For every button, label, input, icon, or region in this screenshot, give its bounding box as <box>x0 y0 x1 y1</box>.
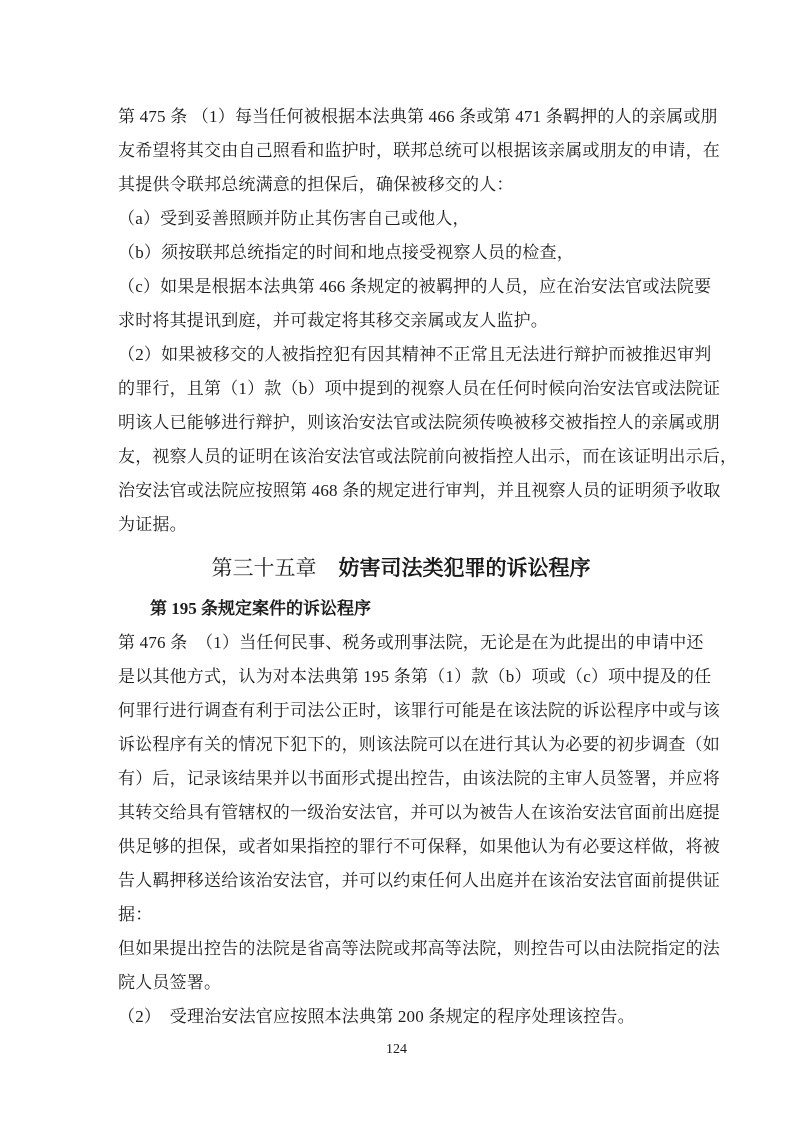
text-line: 友，视察人员的证明在该治安法官或法院前向被指控人出示，而在该证明出示后， <box>118 440 684 474</box>
paragraph: 第 476 条 （1）当任何民事、税务或刑事法院，无论是在为此提出的申请中还是以… <box>118 626 684 932</box>
paragraph: （2） 受理治安法官应按照本法典第 200 条规定的程序处理该控告。 <box>118 1000 684 1034</box>
text-line: 第 475 条 （1）每当任何被根据本法典第 466 条或第 471 条羁押的人… <box>118 100 684 134</box>
paragraph: （c）如果是根据本法典第 466 条规定的被羁押的人员，应在治安法官或法院要求时… <box>118 270 684 338</box>
paragraph: 第 475 条 （1）每当任何被根据本法典第 466 条或第 471 条羁押的人… <box>118 100 684 202</box>
text-line: 治安法官或法院应按照第 468 条的规定进行审判，并且视察人员的证明须予收取 <box>118 474 684 508</box>
text-line: 其转交给具有管辖权的一级治安法官，并可以为被告人在该治安法官面前出庭提 <box>118 796 684 830</box>
document-page: 第 475 条 （1）每当任何被根据本法典第 466 条或第 471 条羁押的人… <box>0 0 793 1122</box>
text-line: 诉讼程序有关的情况下犯下的，则该法院可以在进行其认为必要的初步调查（如 <box>118 728 684 762</box>
chapter-number: 第三十五章 <box>212 556 317 580</box>
text-line: 其提供令联邦总统满意的担保后，确保被移交的人： <box>118 168 684 202</box>
text-line: 何罪行进行调查有利于司法公正时，该罪行可能是在该法院的诉讼程序中或与该 <box>118 694 684 728</box>
paragraph: （a）受到妥善照顾并防止其伤害自己或他人， <box>118 202 684 236</box>
text-line: （b）须按联邦总统指定的时间和地点接受视察人员的检查， <box>118 236 684 270</box>
text-line: （2） 受理治安法官应按照本法典第 200 条规定的程序处理该控告。 <box>118 1000 684 1034</box>
text-line: 是以其他方式，认为对本法典第 195 条第（1）款（b）项或（c）项中提及的任 <box>118 660 684 694</box>
document-content: 第 475 条 （1）每当任何被根据本法典第 466 条或第 471 条羁押的人… <box>118 100 684 1034</box>
text-line: 的罪行，且第（1）款（b）项中提到的视察人员在任何时候向治安法官或法院证 <box>118 372 684 406</box>
text-line: 有）后，记录该结果并以书面形式提出控告，由该法院的主审人员签署，并应将 <box>118 762 684 796</box>
section-heading: 第 195 条规定案件的诉讼程序 <box>118 592 684 626</box>
text-line: 友希望将其交由自己照看和监护时，联邦总统可以根据该亲属或朋友的申请，在 <box>118 134 684 168</box>
chapter-title: 妨害司法类犯罪的诉讼程序 <box>339 556 591 580</box>
text-line: 据： <box>118 898 684 932</box>
text-line: 但如果提出控告的法院是省高等法院或邦高等法院，则控告可以由法院指定的法 <box>118 932 684 966</box>
text-line: 供足够的担保，或者如果指控的罪行不可保释，如果他认为有必要这样做，将被 <box>118 830 684 864</box>
chapter-heading: 第三十五章妨害司法类犯罪的诉讼程序 <box>118 546 684 590</box>
paragraph: （b）须按联邦总统指定的时间和地点接受视察人员的检查， <box>118 236 684 270</box>
text-line: 院人员签署。 <box>118 966 684 1000</box>
page-number: 124 <box>0 1042 793 1058</box>
text-line: （a）受到妥善照顾并防止其伤害自己或他人， <box>118 202 684 236</box>
text-line: （2）如果被移交的人被指控犯有因其精神不正常且无法进行辩护而被推迟审判 <box>118 338 684 372</box>
text-line: 求时将其提讯到庭，并可裁定将其移交亲属或友人监护。 <box>118 304 684 338</box>
paragraph: （2）如果被移交的人被指控犯有因其精神不正常且无法进行辩护而被推迟审判的罪行，且… <box>118 338 684 542</box>
text-line: （c）如果是根据本法典第 466 条规定的被羁押的人员，应在治安法官或法院要 <box>118 270 684 304</box>
paragraph: 但如果提出控告的法院是省高等法院或邦高等法院，则控告可以由法院指定的法院人员签署… <box>118 932 684 1000</box>
text-line: 为证据。 <box>118 508 684 542</box>
text-line: 第 476 条 （1）当任何民事、税务或刑事法院，无论是在为此提出的申请中还 <box>118 626 684 660</box>
text-line: 告人羁押移送给该治安法官，并可以约束任何人出庭并在该治安法官面前提供证 <box>118 864 684 898</box>
text-line: 明该人已能够进行辩护，则该治安法官或法院须传唤被移交被指控人的亲属或朋 <box>118 406 684 440</box>
